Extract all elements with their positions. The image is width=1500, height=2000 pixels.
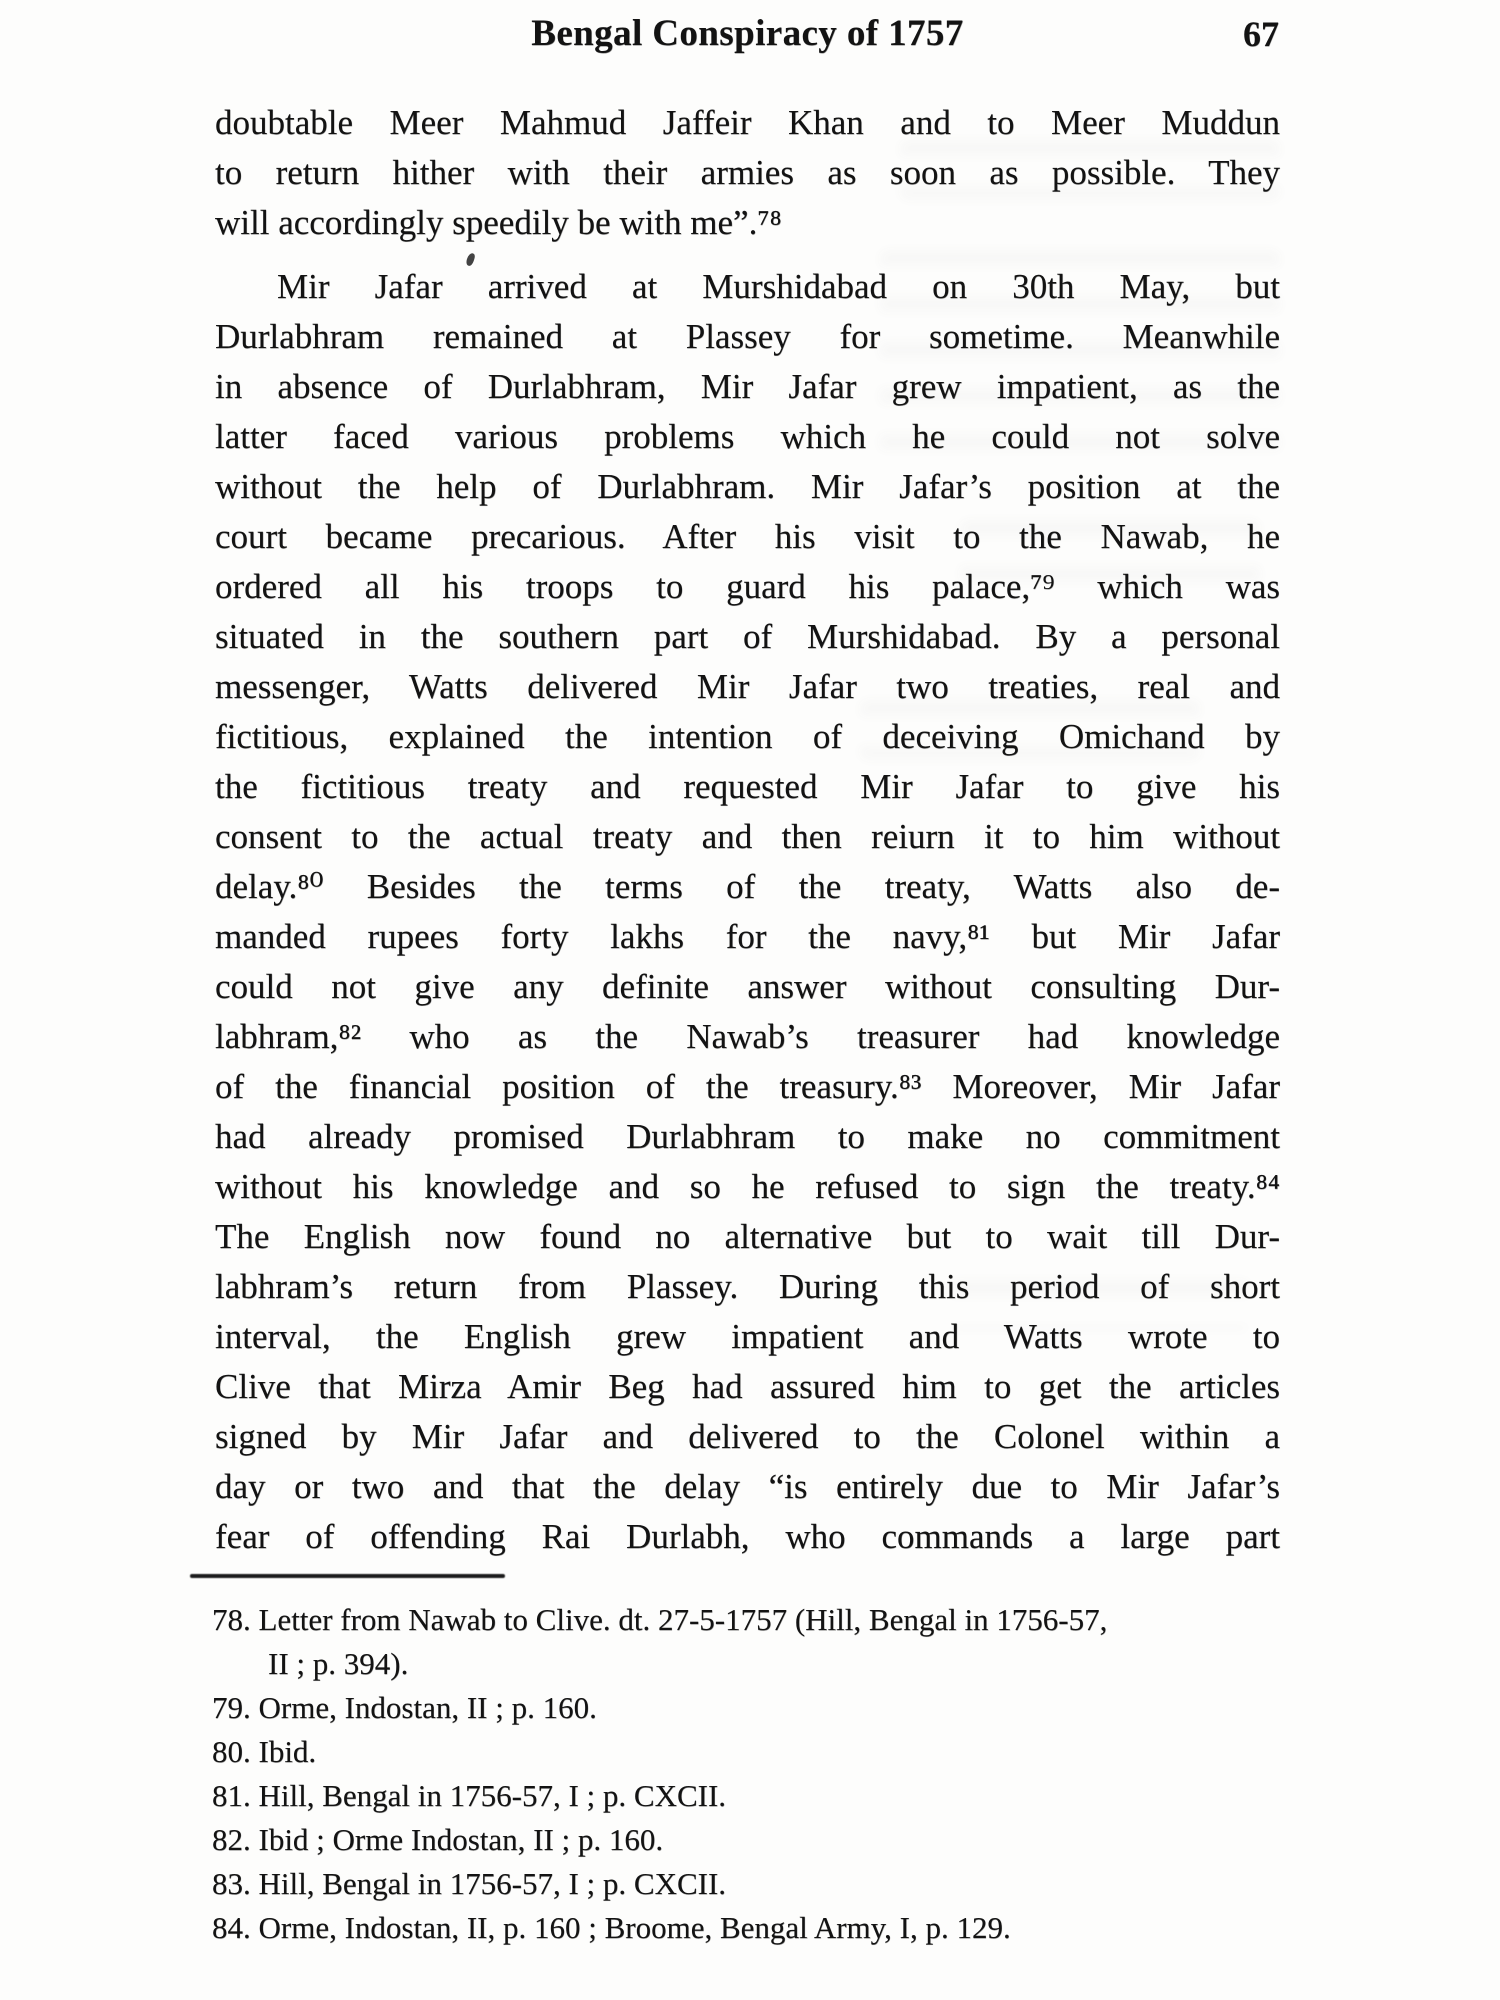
text-line: day or two and that the delay “is entire… [215,1462,1280,1512]
text-line: without the help of Durlabhram. Mir Jafa… [215,462,1280,512]
text-line: to return hither with their armies as so… [215,148,1280,198]
text-line: signed by Mir Jafar and delivered to the… [215,1412,1280,1462]
text-line: doubtable Meer Mahmud Jaffeir Khan and t… [215,98,1280,148]
footnote-84: 84. Orme, Indostan, II, p. 160 ; Broome,… [212,1906,1322,1950]
text-line: of the financial position of the treasur… [215,1062,1280,1112]
text-line: will accordingly speedily be with me”.⁷⁸ [215,198,1280,248]
page-number: 67 [1243,13,1279,55]
footnote-78-continued: II ; p. 394). [212,1642,1322,1686]
text-line: had already promised Durlabhram to make … [215,1112,1280,1162]
text-line: labhram,⁸² who as the Nawab’s treasurer … [215,1012,1280,1062]
text-line: manded rupees forty lakhs for the navy,⁸… [215,912,1280,962]
footnotes-section: 78. Letter from Nawab to Clive. dt. 27-5… [212,1598,1322,1950]
footnote-79: 79. Orme, Indostan, II ; p. 160. [212,1686,1322,1730]
text-line: the fictitious treaty and requested Mir … [215,762,1280,812]
running-title: Bengal Conspiracy of 1757 [215,12,1280,55]
text-line: interval, the English grew impatient and… [215,1312,1280,1362]
text-line: consent to the actual treaty and then re… [215,812,1280,862]
text-line: Clive that Mirza Amir Beg had assured hi… [215,1362,1280,1412]
text-line: Mir Jafar arrived at Murshidabad on 30th… [215,262,1280,312]
scanned-book-page: Bengal Conspiracy of 1757 67 doubtable M… [0,0,1500,2000]
body-text: doubtable Meer Mahmud Jaffeir Khan and t… [215,98,1280,1562]
paragraph-1: doubtable Meer Mahmud Jaffeir Khan and t… [215,98,1280,248]
text-line: Durlabhram remained at Plassey for somet… [215,312,1280,362]
footnote-separator [190,1574,505,1578]
text-line: without his knowledge and so he refused … [215,1162,1280,1212]
text-line: labhram’s return from Plassey. During th… [215,1262,1280,1312]
text-line: messenger, Watts delivered Mir Jafar two… [215,662,1280,712]
footnote-82: 82. Ibid ; Orme Indostan, II ; p. 160. [212,1818,1322,1862]
text-line: fictitious, explained the intention of d… [215,712,1280,762]
text-line: in absence of Durlabhram, Mir Jafar grew… [215,362,1280,412]
text-line: latter faced various problems which he c… [215,412,1280,462]
footnote-78: 78. Letter from Nawab to Clive. dt. 27-5… [212,1598,1322,1642]
footnote-83: 83. Hill, Bengal in 1756-57, I ; p. CXCI… [212,1862,1322,1906]
text-line: delay.⁸⁰ Besides the terms of the treaty… [215,862,1280,912]
text-line: ordered all his troops to guard his pala… [215,562,1280,612]
footnote-81: 81. Hill, Bengal in 1756-57, I ; p. CXCI… [212,1774,1322,1818]
text-line: fear of offending Rai Durlabh, who comma… [215,1512,1280,1562]
text-line: situated in the southern part of Murshid… [215,612,1280,662]
text-line: court became precarious. After his visit… [215,512,1280,562]
text-line: could not give any definite answer witho… [215,962,1280,1012]
footnote-80: 80. Ibid. [212,1730,1322,1774]
paragraph-2: Mir Jafar arrived at Murshidabad on 30th… [215,262,1280,1562]
text-line: The English now found no alternative but… [215,1212,1280,1262]
